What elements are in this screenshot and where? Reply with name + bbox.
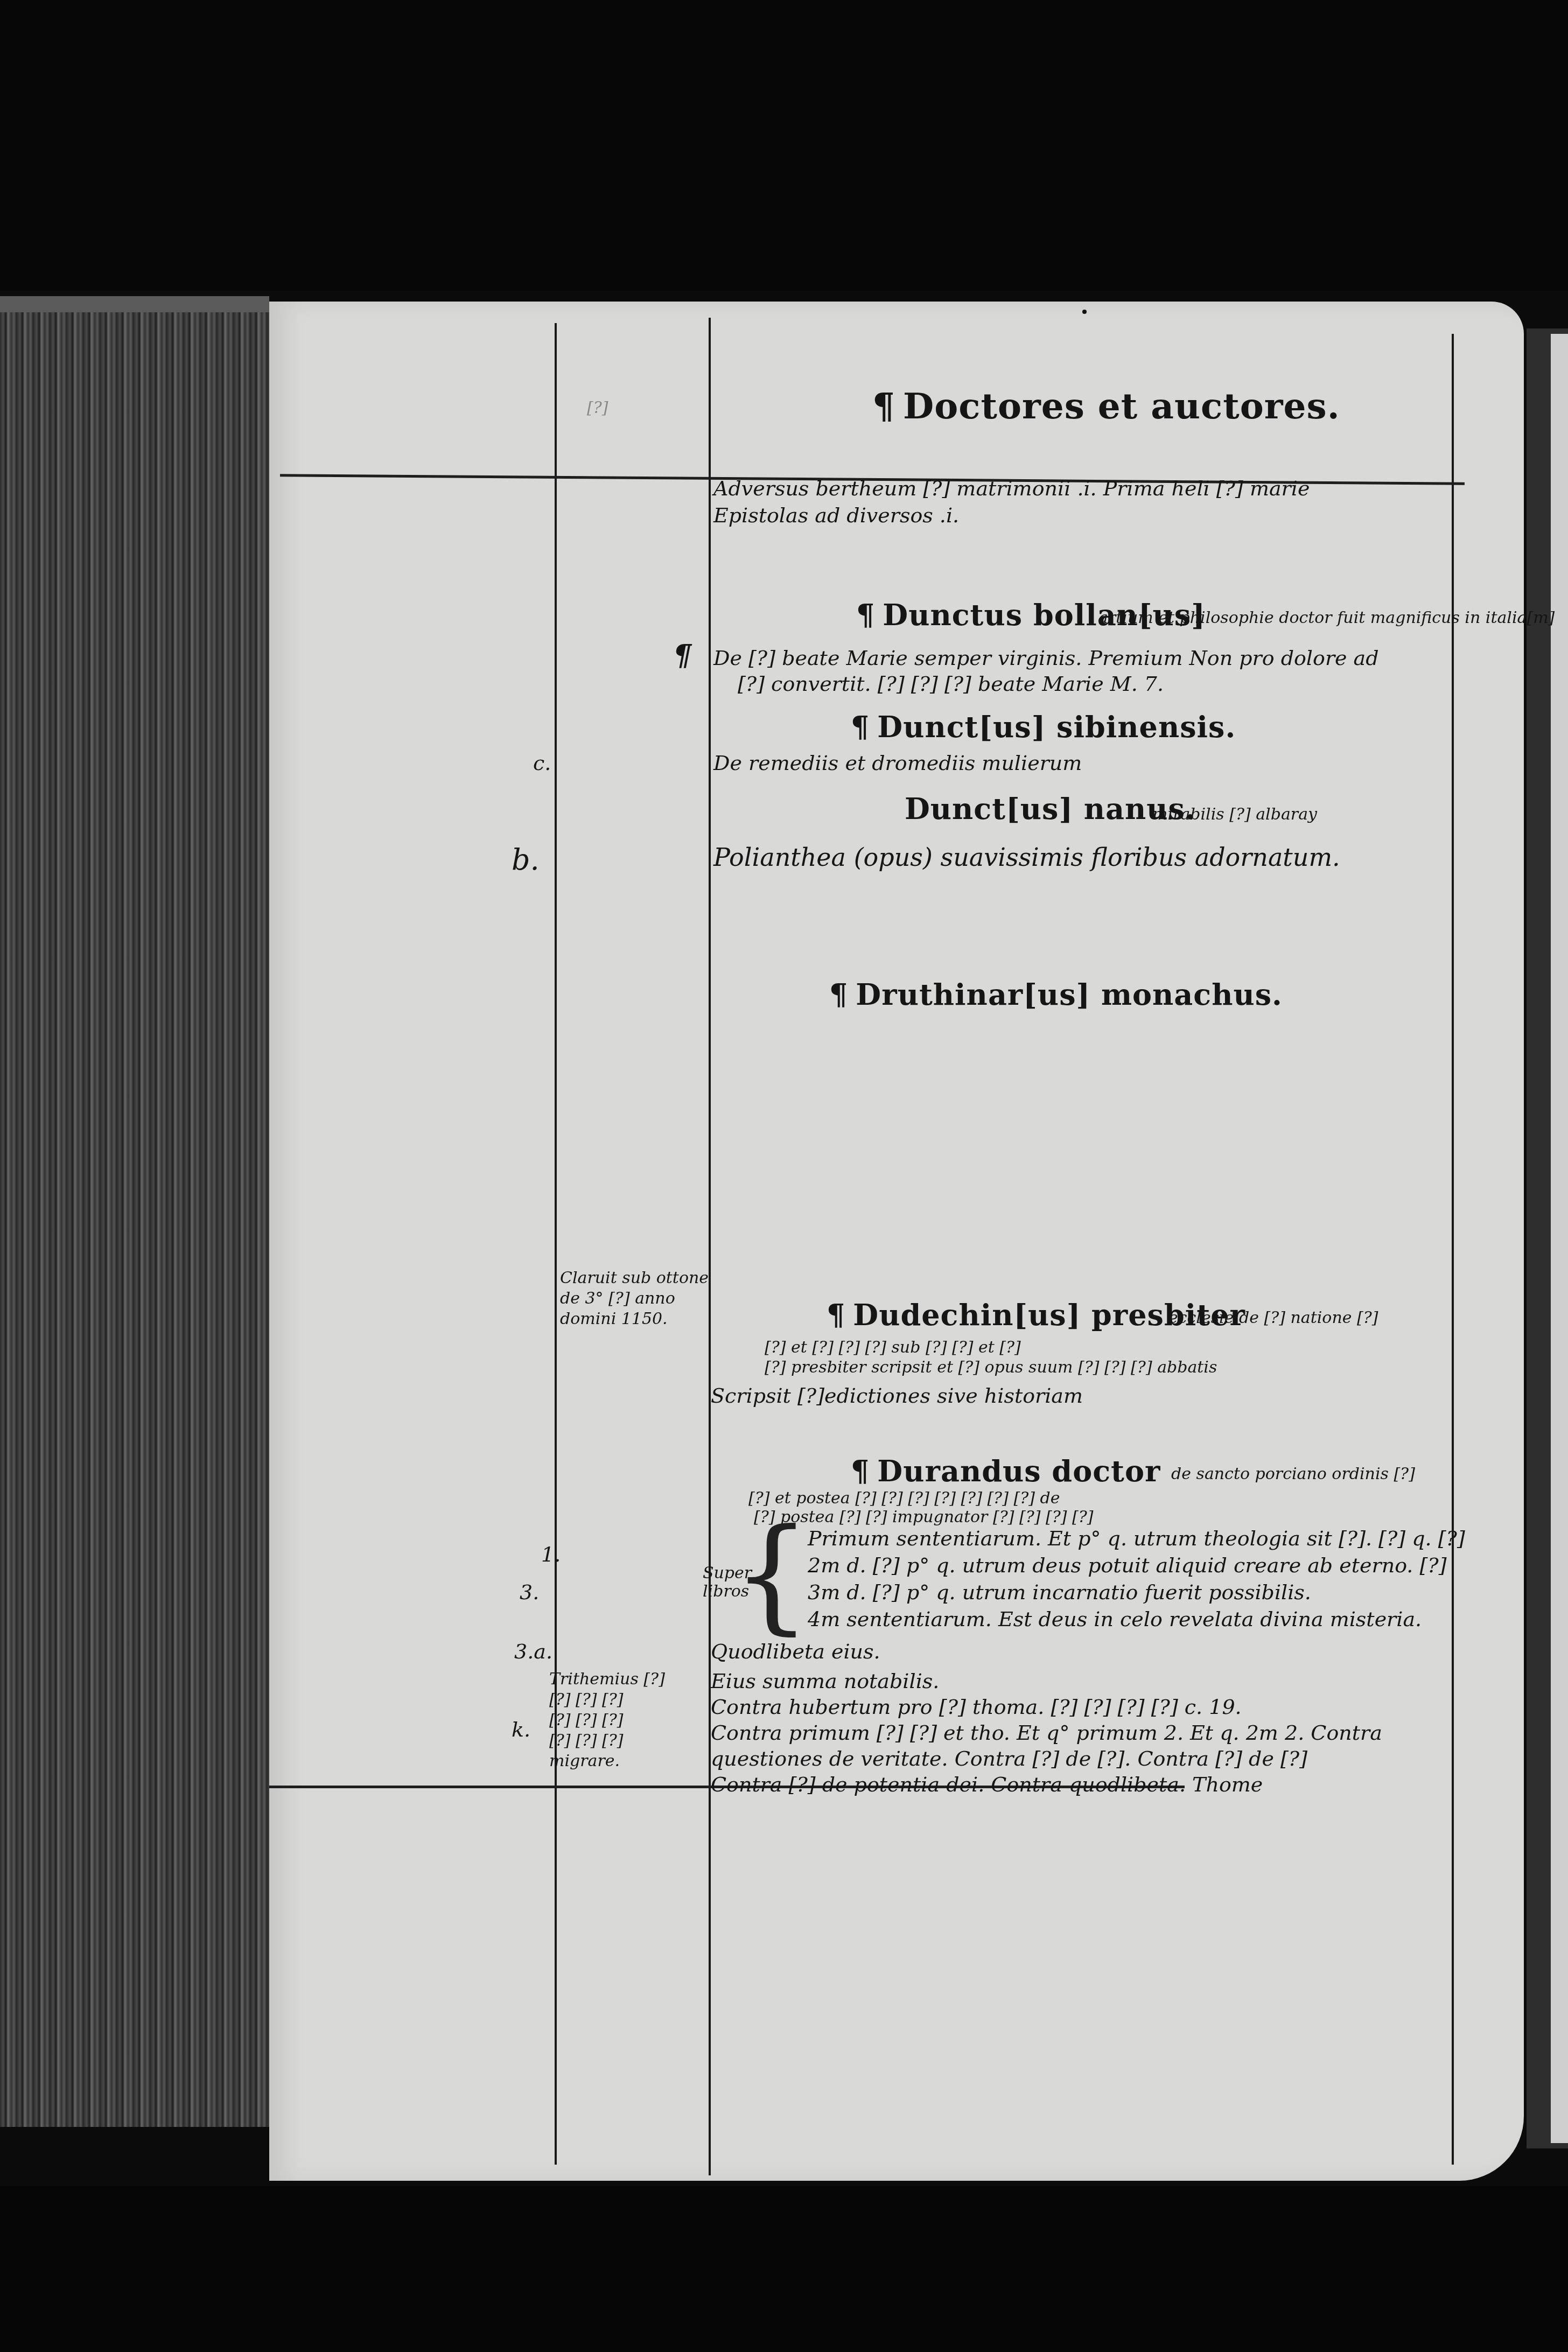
book-block-page-edges <box>0 296 269 2127</box>
facing-page-edge <box>1551 334 1568 2143</box>
sub-item: 3m d. [?] p° q. utrum incarnatio fuerit … <box>808 1580 1311 1604</box>
margin-note: Claruit sub ottone de 3° [?] anno domini… <box>560 1268 709 1329</box>
bracket: { <box>732 1513 811 1637</box>
text-line: De remediis et dromediis mulierum <box>713 751 1082 775</box>
margin-rule-left <box>555 323 557 2165</box>
manuscript-page <box>269 302 1524 2181</box>
shelf-mark: b. <box>512 843 540 877</box>
text-line: [?] presbiter scripsit et [?] opus suum … <box>765 1358 1217 1377</box>
dark-background-bottom <box>0 2186 1568 2352</box>
text-line: Epistolas ad diversos .i. <box>713 503 959 527</box>
text-line: questiones de veritate. Contra [?] de [?… <box>711 1747 1307 1770</box>
sub-item: 2m d. [?] p° q. utrum deus potuit aliqui… <box>808 1553 1447 1577</box>
page-title: ¶Doctores et auctores. <box>872 385 1340 427</box>
text-line: Contra [?] de potentia dei. Contra quodl… <box>711 1773 1263 1796</box>
sub-item: Primum sententiarum. Et p° q. utrum theo… <box>808 1527 1465 1550</box>
shelf-mark: c. <box>533 751 551 775</box>
shelf-mark: 1. <box>541 1543 561 1566</box>
dark-background-top <box>0 0 1568 291</box>
ink-dot <box>1082 310 1087 314</box>
margin-note: Trithemius [?] [?] [?] [?] [?] [?] [?] [… <box>549 1669 665 1772</box>
text-line: [?] convertit. [?] [?] [?] beate Marie M… <box>738 672 1164 696</box>
shelf-mark: 3. <box>520 1580 539 1604</box>
shelf-mark: 3.a. <box>514 1640 552 1663</box>
text-line: Adversus bertheum [?] matrimonii .i. Pri… <box>713 477 1310 500</box>
entry-heading: ¶Dunct[us] sibinensis. <box>851 710 1236 744</box>
page-corner-mark: [?] <box>587 398 608 417</box>
text-line: Eius summa notabilis. <box>711 1669 939 1693</box>
shelf-mark: k. <box>512 1718 530 1741</box>
text-line: [?] et [?] [?] [?] sub [?] [?] et [?] <box>765 1338 1021 1357</box>
entry-description: artium et philosophie doctor fuit magnif… <box>1098 608 1555 627</box>
entry-description: mirabilis [?] albaray <box>1152 805 1317 824</box>
text-line: Quodlibeta eius. <box>711 1640 880 1663</box>
text-line: Contra hubertum pro [?] thoma. [?] [?] [… <box>711 1695 1242 1719</box>
entry-heading: ¶Druthinar[us] monachus. <box>829 977 1283 1012</box>
text-line: Polianthea (opus) suavissimis floribus a… <box>713 843 1340 872</box>
entry-description: ecclesie de [?] natione [?] <box>1168 1308 1378 1327</box>
text-line: Scripsit [?]edictiones sive historiam <box>711 1384 1083 1408</box>
column-rule <box>709 318 711 2175</box>
sub-item: 4m sententiarum. Est deus in celo revela… <box>808 1607 1422 1631</box>
entry-description: de sancto porciano ordinis [?] <box>1171 1465 1415 1483</box>
text-line: De [?] beate Marie semper virginis. Prem… <box>713 646 1379 670</box>
paragraph-mark: ¶ <box>673 638 691 673</box>
entry-heading: ¶Durandus doctor <box>851 1454 1160 1488</box>
text-line: Contra primum [?] [?] et tho. Et q° prim… <box>711 1721 1382 1745</box>
